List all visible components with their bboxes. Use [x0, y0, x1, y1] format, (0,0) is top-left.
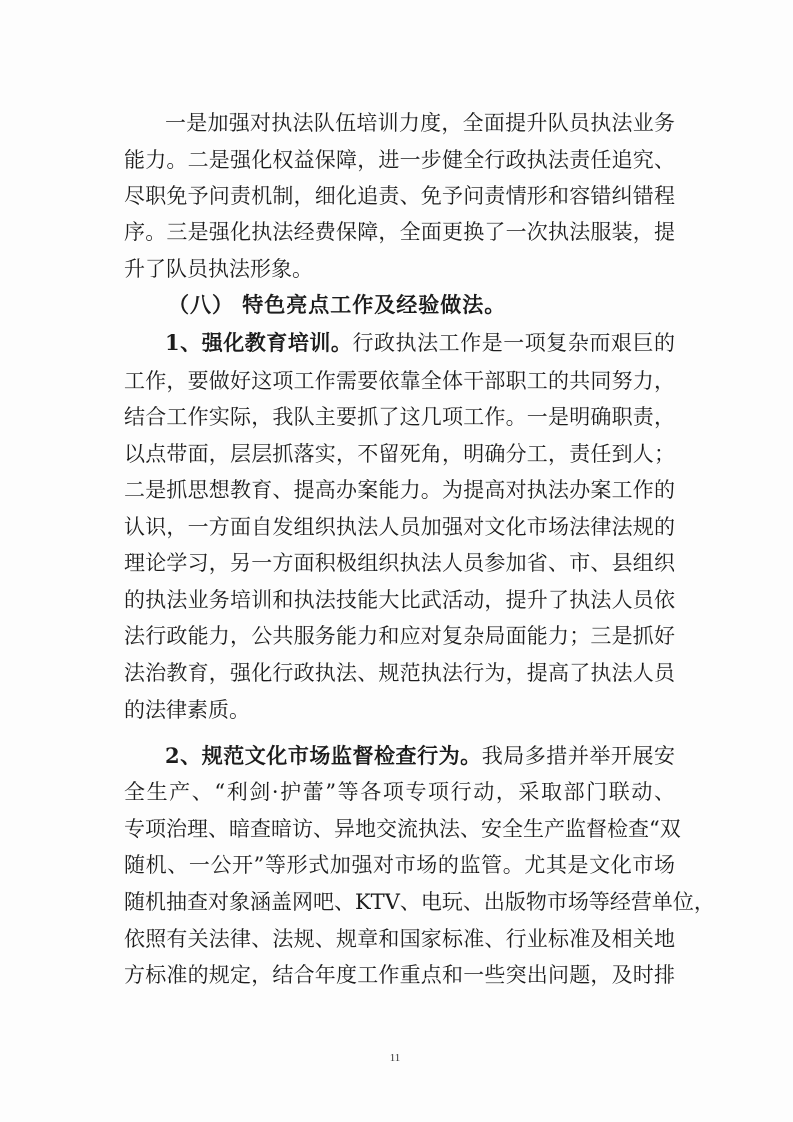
- paragraph-line: 依照有关法律、法规、规章和国家标准、行业标准及相关地: [124, 924, 675, 954]
- paragraph-line: 方标准的规定，结合年度工作重点和一些突出问题，及时排: [124, 960, 675, 990]
- paragraph-line: 随机、一公开”等形式加强对市场的监管。尤其是文化市场: [124, 850, 675, 880]
- item-2-first-line: 2、规范文化市场监督检查行为。我局多措并举开展安: [165, 741, 675, 771]
- paragraph-line: 一是加强对执法队伍培训力度，全面提升队员执法业务: [165, 108, 675, 138]
- paragraph-line: 结合工作实际，我队主要抓了这几项工作。一是明确职责，: [124, 402, 675, 432]
- document-page: 一是加强对执法队伍培训力度，全面提升队员执法业务 能力。二是强化权益保障，进一步…: [0, 0, 793, 1122]
- item-1-first-line-text: 行政执法工作是一项复杂而艰巨的: [352, 331, 675, 355]
- paragraph-line: 专项治理、暗查暗访、异地交流执法、安全生产监督检查“双: [124, 814, 675, 844]
- paragraph-line: 的执法业务培训和执法技能大比武活动，提升了执法人员依: [124, 585, 675, 615]
- paragraph-line: 工作，要做好这项工作需要依靠全体干部职工的共同努力，: [124, 366, 675, 396]
- paragraph-line: 以点带面，层层抓落实，不留死角，明确分工，责任到人；: [124, 439, 675, 469]
- paragraph-line: 尽职免予问责机制，细化追责、免予问责情形和容错纠错程: [124, 181, 675, 211]
- paragraph-line: 法行政能力，公共服务能力和应对复杂局面能力；三是抓好: [124, 621, 675, 651]
- item-2-first-line-text: 我局多措并举开展安: [482, 744, 675, 768]
- paragraph-line: 能力。二是强化权益保障，进一步健全行政执法责任追究、: [124, 145, 675, 175]
- paragraph-line: 的法律素质。: [124, 695, 675, 725]
- item-1-title: 1、强化教育培训。: [165, 330, 352, 355]
- paragraph-line: 认识，一方面自发组织执法人员加强对文化市场法律法规的: [124, 512, 675, 542]
- item-2-title: 2、规范文化市场监督检查行为。: [165, 743, 482, 768]
- paragraph-line: 法治教育，强化行政执法、规范执法行为，提高了执法人员: [124, 658, 675, 688]
- paragraph-line: 升了队员执法形象。: [124, 254, 675, 284]
- paragraph-line: 全生产、“利剑·护蕾”等各项专项行动，采取部门联动、: [124, 777, 675, 807]
- paragraph-line: 序。三是强化执法经费保障，全面更换了一次执法服装，提: [124, 217, 675, 247]
- paragraph-line: 理论学习，另一方面积极组织执法人员参加省、市、县组织: [124, 548, 675, 578]
- page-number: 11: [380, 1052, 410, 1064]
- item-1-first-line: 1、强化教育培训。行政执法工作是一项复杂而艰巨的: [165, 328, 675, 358]
- section-heading: （八） 特色亮点工作及经验做法。: [168, 290, 506, 320]
- paragraph-line: 随机抽查对象涵盖网吧、KTV、电玩、出版物市场等经营单位，: [124, 887, 675, 917]
- paragraph-line: 二是抓思想教育、提高办案能力。为提高对执法办案工作的: [124, 475, 675, 505]
